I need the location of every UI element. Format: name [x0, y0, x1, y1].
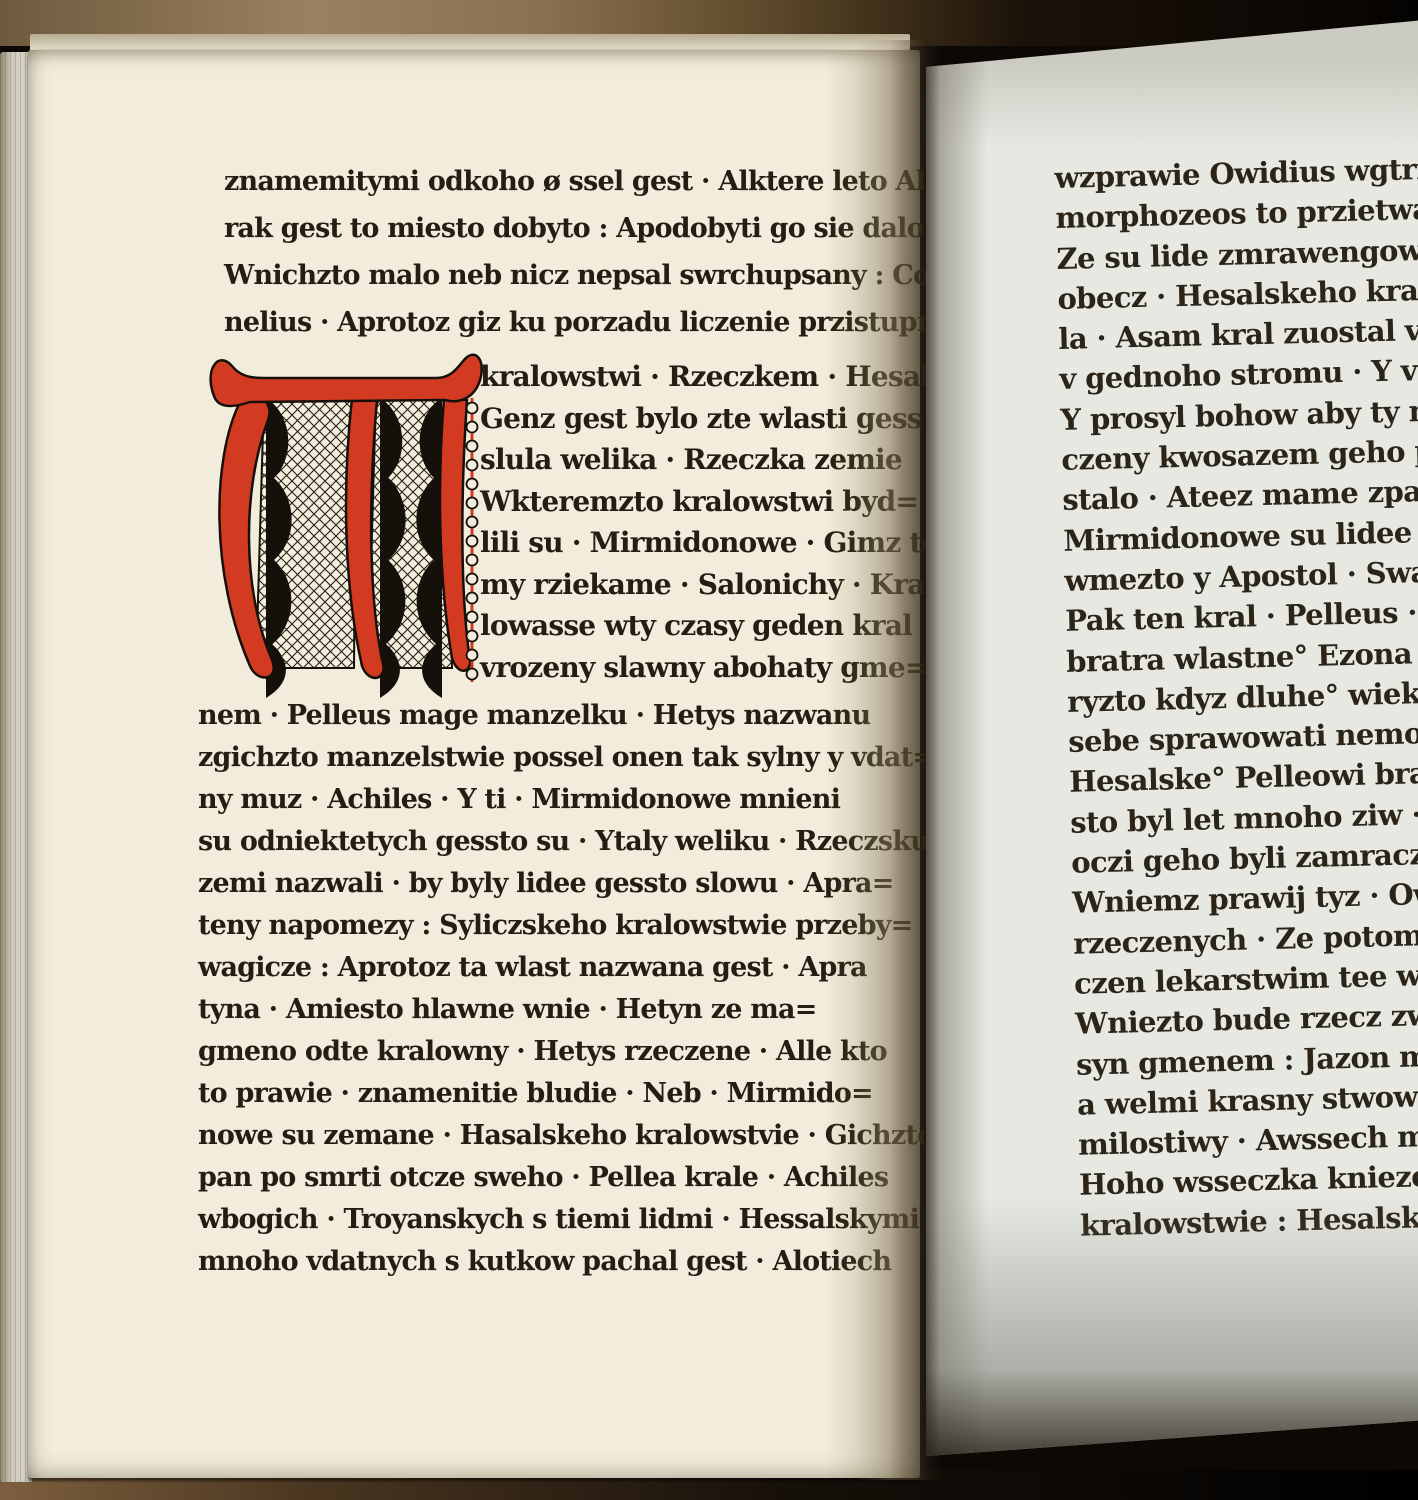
illuminated-initial-art — [204, 338, 484, 706]
text-line: bratra wlastne° Ezona wiek — [1066, 629, 1418, 681]
text-line: gmeno odte kralowny · Hetys rzeczene · A… — [198, 1031, 934, 1073]
text-line: Ze su lide zmrawengow possl — [1056, 226, 1418, 278]
text-line: oczi geho byli zamraczeny · atic — [1071, 831, 1418, 883]
text-line: su odniektetych gessto su · Ytaly weliku… — [198, 821, 934, 863]
illuminated-initial: W — [204, 338, 484, 706]
text-line: teny napomezy : Syliczskeho kralowstwie … — [198, 905, 934, 947]
text-line: ny muz · Achiles · Y ti · Mirmidonowe mn… — [198, 779, 934, 821]
text-line: czen lekarstwim tee wiesstic — [1074, 952, 1418, 1004]
text-line: Wniemz prawij tyz · Owid — [1072, 871, 1418, 923]
text-line: wmezto y Apostol · Swaty · — [1064, 549, 1418, 601]
text-line: kralowstwie : Hesalskeho yu — [1080, 1193, 1418, 1245]
gutter-shadow — [854, 40, 940, 1480]
text-line: wbogich · Troyanskych s tiemi lidmi · He… — [198, 1199, 934, 1241]
text-line: mnoho vdatnych s kutkow pachal gest · Al… — [198, 1241, 934, 1283]
right-page-text-column: wzprawie Owidius wgtrn morphozeos to prz… — [1054, 146, 1418, 1246]
text-line: pan po smrti otcze sweho · Pellea krale … — [198, 1157, 934, 1199]
initial-pearl-border — [467, 398, 478, 682]
text-line: zgichzto manzelstwie possel onen tak syl… — [198, 737, 934, 779]
text-line: tyna · Amiesto hlawne wnie · Hetyn ze ma… — [198, 989, 934, 1031]
text-line: to prawie · znamenitie bludie · Neb · Mi… — [198, 1073, 934, 1115]
text-line: Pak ten kral · Pelleus · y — [1065, 589, 1418, 641]
text-line: zemi nazwali · by byly lidee gessto slow… — [198, 863, 934, 905]
text-line: la · Asam kral zuostal v d — [1058, 307, 1418, 359]
left-page-body-paragraph: nem · Pelleus mage manzelku · Hetys nazw… — [198, 695, 934, 1283]
text-line: Y prosyl bohow aby ty mra — [1060, 388, 1418, 440]
text-line: Hoho wsseczka kniezeta ypan — [1079, 1153, 1418, 1205]
text-line: a welmi krasny stwowny sstied — [1077, 1072, 1418, 1124]
text-line: Hesalske° Pelleowi bratru — [1069, 750, 1418, 802]
text-line: rzeczenych · Ze potom byl w — [1073, 911, 1418, 963]
text-line: ryzto kdyz dluhe° wieku star — [1067, 670, 1418, 722]
text-line: milostiwy · Awssech mraw — [1078, 1113, 1418, 1165]
text-line: obecz · Hesalskeho kralowstw — [1057, 267, 1418, 319]
text-line: wzprawie Owidius wgtrn — [1054, 146, 1418, 198]
text-line: syn gmenem : Jazon muz — [1076, 1032, 1418, 1084]
text-line: wagicze : Aprotoz ta wlast nazwana gest … — [198, 947, 934, 989]
text-line: czeny kwosazem geho puste z — [1061, 428, 1418, 480]
left-page: znamemitymi odkoho ø ssel gest · Alktere… — [28, 50, 920, 1478]
text-line: stalo · Ateez mame zpassige — [1062, 468, 1418, 520]
text-line: nowe su zemane · Hasalskeho kralowstvie … — [198, 1115, 934, 1157]
text-line: sto byl let mnoho ziw · tak — [1070, 790, 1418, 842]
text-line: Mirmidonowe su lidee · Hes — [1063, 508, 1418, 560]
text-line: nem · Pelleus mage manzelku · Hetys nazw… — [198, 695, 934, 737]
right-page: wzprawie Owidius wgtrn morphozeos to prz… — [926, 18, 1418, 1456]
text-line: Wniezto bude rzecz zwlastnie — [1075, 992, 1418, 1044]
text-line: v gednoho stromu · Y vzcze — [1059, 347, 1418, 399]
text-line: sebe sprawowati nemoha · wz — [1068, 710, 1418, 762]
text-line: morphozeos to przietwarzow — [1055, 186, 1418, 238]
